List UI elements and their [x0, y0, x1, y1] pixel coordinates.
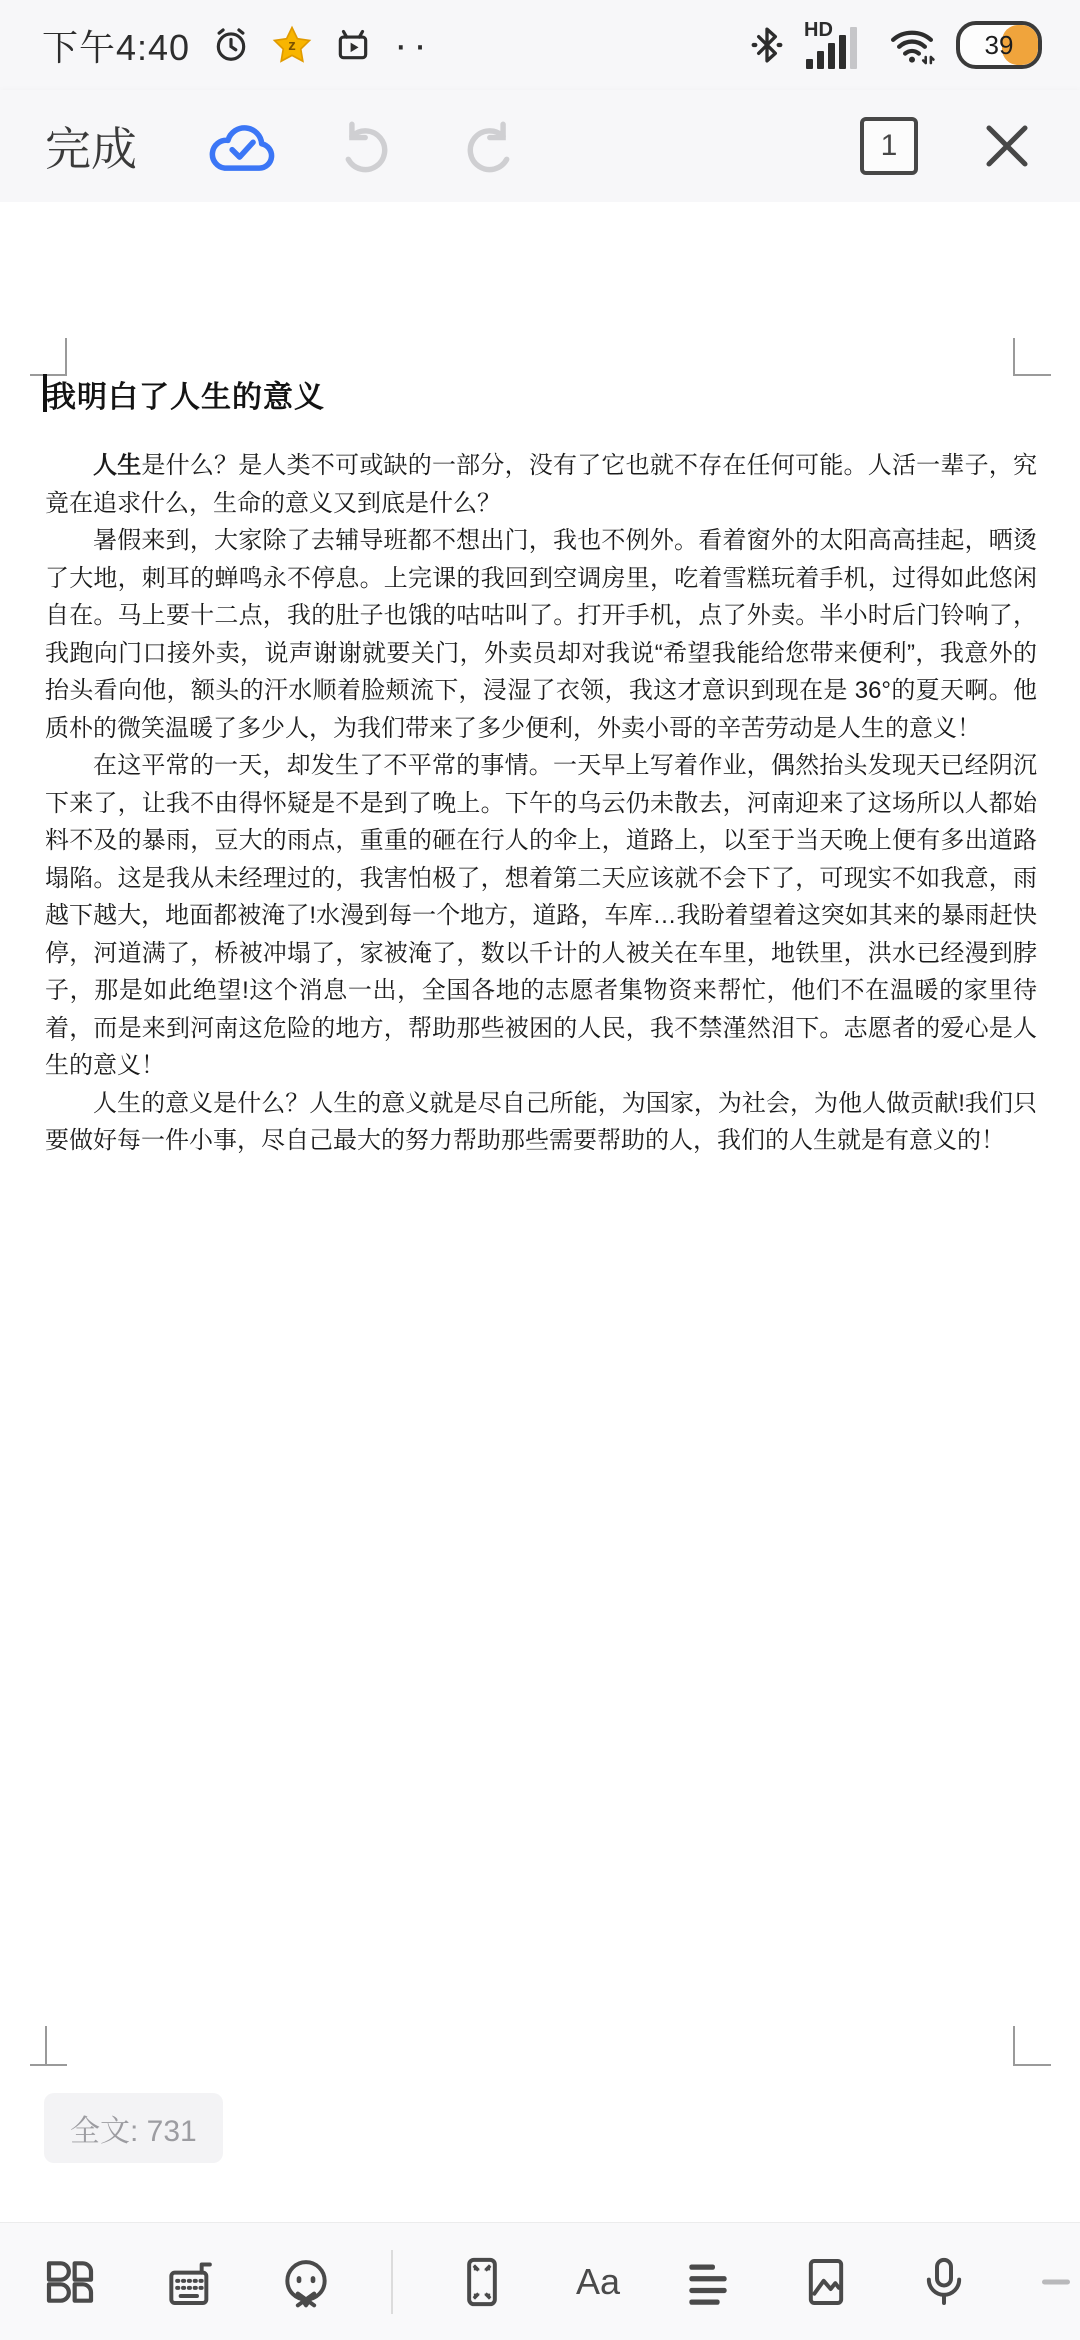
paragraph[interactable]: 人生是什么？是人类不可或缺的一部分，没有了它也就不存在任何可能。人活一辈子，究竟…: [45, 447, 1037, 522]
margin-mark-top-right-v: [1013, 338, 1015, 376]
partial-next-icon: [1042, 2280, 1070, 2285]
paragraph[interactable]: 暑假来到，大家除了去辅导班都不想出门，我也不例外。看着窗外的太阳高高挂起，晒烫了…: [45, 522, 1037, 747]
toolbar-divider: [391, 2250, 393, 2314]
battery-percent: 39: [960, 25, 1038, 65]
done-button[interactable]: 完成: [45, 90, 137, 202]
insert-image-icon[interactable]: [796, 2252, 856, 2312]
voice-input-icon[interactable]: [914, 2252, 974, 2312]
margin-mark-bottom-left-v: [45, 2026, 47, 2066]
bluetooth-icon: [750, 25, 784, 65]
paragraph[interactable]: 人生的意义是什么？人生的意义就是尽自己所能，为国家，为社会，为他人做贡献!我们只…: [45, 1085, 1037, 1160]
star-icon: z: [272, 25, 312, 65]
page-number: 1: [881, 129, 898, 163]
font-format-label: Aa: [576, 2261, 620, 2303]
paragraph[interactable]: 在这平常的一天，却发生了不平常的事情。一天早上写着作业，偶然抬头发现天已经阴沉下…: [45, 747, 1037, 1085]
svg-text:z: z: [288, 37, 296, 54]
more-notifications-dots: ··: [394, 0, 433, 90]
margin-mark-bottom-right-v: [1013, 2026, 1015, 2066]
document-page[interactable]: 我明白了人生的意义 人生是什么？是人类不可或缺的一部分，没有了它也就不存在任何可…: [0, 202, 1080, 2222]
margin-mark-top-left-v: [65, 338, 67, 376]
document-title[interactable]: 我明白了人生的意义: [46, 372, 325, 416]
page-indicator[interactable]: 1: [860, 117, 918, 175]
battery-indicator: 39: [956, 21, 1042, 69]
cloud-check-icon[interactable]: [205, 114, 279, 178]
status-time: 下午4:40: [42, 20, 190, 71]
fit-screen-icon[interactable]: [452, 2252, 512, 2312]
undo-icon[interactable]: [335, 117, 393, 175]
font-format-icon[interactable]: Aa: [568, 2252, 628, 2312]
wifi-icon: [888, 24, 936, 66]
bottom-toolbar: Aa: [0, 2222, 1080, 2340]
word-count-label: 全文: 731: [70, 2106, 197, 2150]
hd-signal-icon: HD: [804, 19, 868, 71]
document-paragraphs[interactable]: 人生是什么？是人类不可或缺的一部分，没有了它也就不存在任何可能。人活一辈子，究竟…: [45, 447, 1037, 1160]
margin-mark-top-right: [1014, 374, 1051, 376]
margin-mark-bottom-left: [30, 2064, 67, 2066]
tools-grid-icon[interactable]: [40, 2252, 100, 2312]
redo-icon[interactable]: [462, 117, 520, 175]
margin-mark-bottom-right: [1014, 2064, 1051, 2066]
alarm-icon: [212, 26, 250, 64]
status-bar: 下午4:40 z ·· HD: [0, 0, 1080, 90]
word-count-badge: 全文: 731: [44, 2093, 223, 2163]
tv-icon: [334, 26, 372, 64]
edit-toolbar: 完成 1: [0, 90, 1080, 202]
paragraph-align-icon[interactable]: [678, 2252, 738, 2312]
sticker-face-icon[interactable]: [276, 2252, 336, 2312]
close-icon[interactable]: [980, 119, 1034, 173]
keyboard-icon[interactable]: [160, 2252, 220, 2312]
